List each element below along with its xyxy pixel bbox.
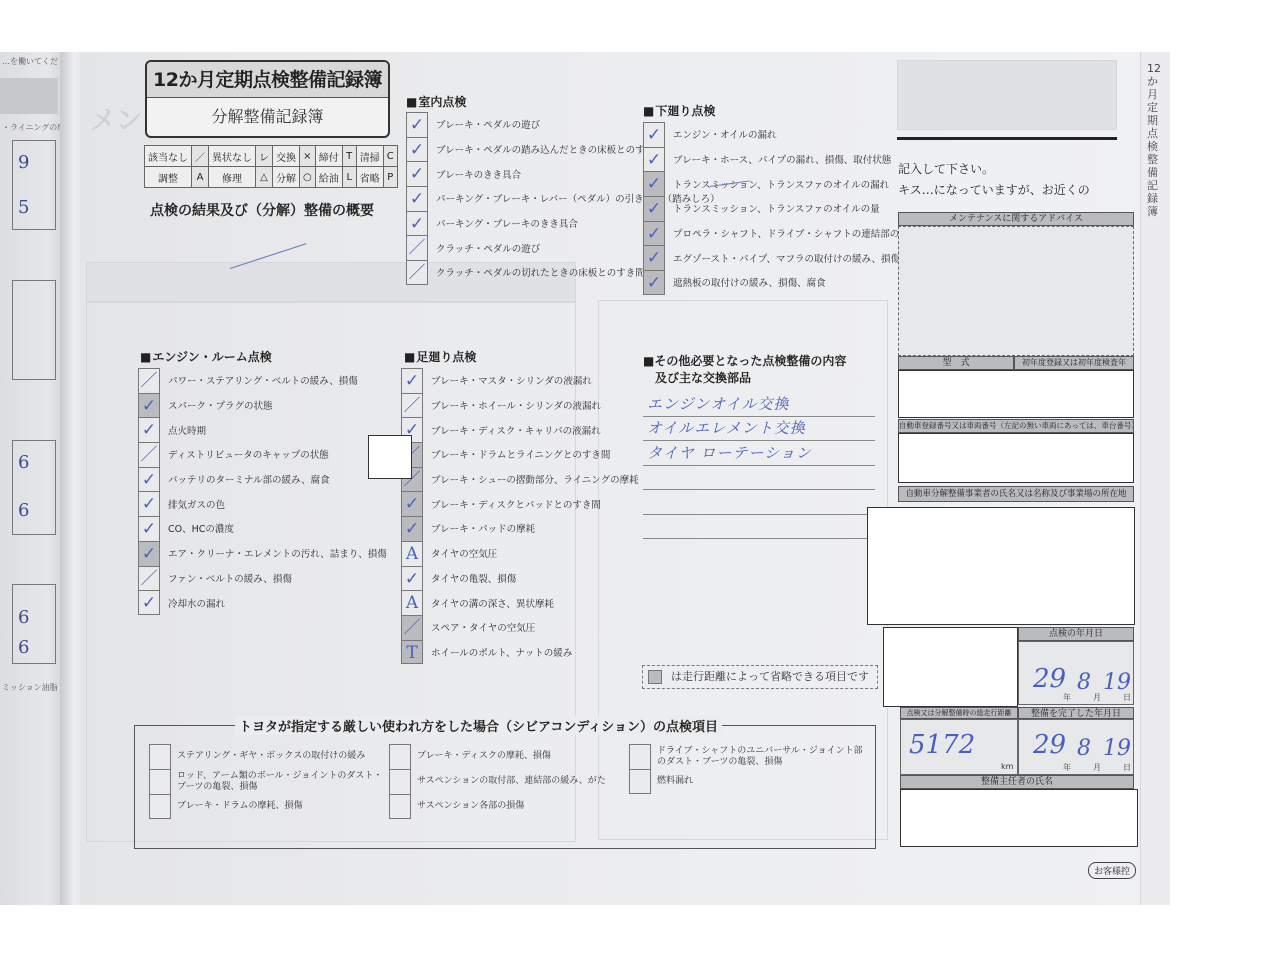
supervisor-header: 整備主任者の氏名 xyxy=(900,775,1134,789)
severe-item-label: サスペンションの取付部、連結部の緩み、がた xyxy=(417,776,606,787)
other-work-line[interactable] xyxy=(643,515,875,540)
odometer-unit: km xyxy=(1001,762,1013,771)
severe-item: ステアリング・ギヤ・ボックスの取付けの緩み xyxy=(149,744,382,769)
document-title: 12か月定期点検整備記録簿 xyxy=(147,62,388,98)
legend-label: 締付 xyxy=(315,146,342,167)
severe-column: ステアリング・ギヤ・ボックスの取付けの緩みロッド、アーム類のボール・ジョイントの… xyxy=(149,744,382,819)
registration-number-header: 自動車登録番号又は車両番号（左記の無い車両にあっては、車台番号） xyxy=(898,419,1134,433)
month-label: 月 xyxy=(1093,762,1101,773)
checklist-item-label: ブレーキ・パッドの摩耗 xyxy=(431,521,535,535)
checklist-item: ✓点火時期 xyxy=(138,417,387,442)
year-label: 年 xyxy=(1063,762,1071,773)
legend-symbol: A xyxy=(192,167,209,188)
checklist-item: ✓トランスミッション、トランスファのオイルの漏れ xyxy=(643,171,929,196)
checklist-item-label: ブレーキ・ペダルの踏み込んだときの床板とのすき間 xyxy=(436,142,664,156)
legend-symbol: △ xyxy=(256,167,273,188)
odometer-field: 5172 km xyxy=(900,719,1018,775)
checklist-engine-room: ／パワー・ステアリング・ベルトの緩み、損傷✓スパーク・プラグの状態✓点火時期／デ… xyxy=(138,368,387,615)
checklist-item: ／スペア・タイヤの空気圧 xyxy=(401,615,639,640)
spine-strip: 12か月定期点検整備記録簿 xyxy=(1140,52,1170,907)
redacted-registration-field xyxy=(898,433,1134,483)
checklist-item: ✓スパーク・プラグの状態 xyxy=(138,393,387,418)
checklist-item: ／ブレーキ・シューの摺動部分、ライニングの摩耗 xyxy=(401,467,639,492)
legend-label: 省略 xyxy=(356,167,383,188)
day-label: 日 xyxy=(1123,762,1131,773)
check-mark-box[interactable]: ✓ xyxy=(643,221,665,246)
legend-symbol: T xyxy=(342,146,356,167)
odometer-header: 点検又は分解整備時の総走行距離 xyxy=(900,707,1018,719)
checklist-item: ／ブレーキ・ホイール・シリンダの液漏れ xyxy=(401,393,639,418)
edge-handwriting: 6 xyxy=(18,452,29,473)
check-mark-box[interactable]: ／ xyxy=(138,368,160,393)
customer-copy-label: お客様控 xyxy=(1088,862,1136,879)
checklist-item-label: ブレーキ・シューの摺動部分、ライニングの摩耗 xyxy=(431,472,639,486)
summary-heading: 点検の結果及び（分解）整備の概要 xyxy=(150,200,374,220)
skip-note: は走行距離によって省略できる項目です xyxy=(642,665,878,689)
instruction-line-2: キス…になっていますが、お近くの xyxy=(898,181,1090,198)
severe-check-box[interactable] xyxy=(389,794,411,819)
title-box: 12か月定期点検整備記録簿 分解整備記録簿 xyxy=(145,60,390,138)
severe-item-label: 燃料漏れ xyxy=(657,776,693,787)
checklist-item-label: タイヤの亀裂、損傷 xyxy=(431,571,516,585)
section-title-chassis: 足廻り点検 xyxy=(404,348,476,365)
checklist-item-label: パワー・ステアリング・ベルトの緩み、損傷 xyxy=(168,373,358,387)
checklist-item: ✓エンジン・オイルの漏れ xyxy=(643,122,929,147)
year-label: 年 xyxy=(1063,692,1071,703)
check-mark-box[interactable]: ✓ xyxy=(406,112,428,137)
severe-check-box[interactable] xyxy=(389,744,411,769)
checklist-item: Aタイヤの溝の深さ、異状摩耗 xyxy=(401,590,639,615)
severe-item: ロッド、アーム類のボール・ジョイントのダスト・ ブーツの亀裂、損傷 xyxy=(149,769,382,794)
other-work-entry: オイルエレメント交換 xyxy=(647,417,806,438)
other-work-line[interactable]: エンジンオイル交換 xyxy=(643,392,875,417)
edge-measure-box xyxy=(12,280,56,380)
other-work-title-line1: その他必要となった点検整備の内容 xyxy=(654,354,846,368)
checklist-item: ✓冷却水の漏れ xyxy=(138,590,387,615)
advice-field xyxy=(898,226,1134,356)
check-mark-box[interactable]: ✓ xyxy=(643,196,665,221)
checklist-chassis: ✓ブレーキ・マスタ・シリンダの液漏れ／ブレーキ・ホイール・シリンダの液漏れ✓ブレ… xyxy=(401,368,639,664)
inspection-year: 29 xyxy=(1033,664,1066,694)
severe-item: ドライブ・シャフトのユニバーサル・ジョイント部 のダスト・ブーツの亀裂、損傷 xyxy=(629,744,863,769)
checklist-item-label: プロペラ・シャフト、ドライブ・シャフトの連結部の緩み xyxy=(673,226,918,240)
redacted-area xyxy=(368,435,412,479)
checklist-item-label: 排気ガスの色 xyxy=(168,497,225,511)
check-mark-box[interactable]: ✓ xyxy=(138,393,160,418)
severe-item: サスペンション各部の損傷 xyxy=(389,794,606,819)
check-mark-box[interactable]: ✓ xyxy=(138,516,160,541)
background-white xyxy=(1170,52,1280,907)
redacted-business-field xyxy=(867,507,1135,625)
checklist-item: ✓エグゾースト・パイプ、マフラの取付けの緩み、損傷、腐食 xyxy=(643,245,929,270)
check-mark-box[interactable]: ／ xyxy=(138,566,160,591)
checklist-item: ✓ブレーキ・マスタ・シリンダの液漏れ xyxy=(401,368,639,393)
severe-check-box[interactable] xyxy=(629,744,651,769)
severe-item-label: ブレーキ・ドラムの摩耗、損傷 xyxy=(177,801,303,812)
checklist-item: ✓排気ガスの色 xyxy=(138,491,387,516)
completion-date-field: 29 年 8 月 19 日 xyxy=(1018,719,1134,775)
severe-check-box[interactable] xyxy=(149,769,171,794)
legend-label: 給油 xyxy=(315,167,342,188)
check-mark-box[interactable]: ✓ xyxy=(406,137,428,162)
checklist-item-label: エア・クリーナ・エレメントの汚れ、詰まり、損傷 xyxy=(168,546,387,560)
other-work-entry: エンジンオイル交換 xyxy=(647,393,790,414)
checklist-item-label: ディストリビュータのキャップの状態 xyxy=(168,447,329,461)
check-mark-box[interactable]: ／ xyxy=(406,235,428,260)
symbol-legend: 該当なし／異状なしレ交換×締付T清掃C調整A修理△分解○給油L省略P xyxy=(144,145,398,188)
other-work-lines: エンジンオイル交換オイルエレメント交換タイヤ ローテーション xyxy=(643,392,875,539)
inspection-date-field: 29 年 8 月 19 日 xyxy=(1018,641,1134,705)
background-white xyxy=(0,905,1280,960)
legend-label: 異状なし xyxy=(209,146,256,167)
severe-item: サスペンションの取付部、連結部の緩み、がた xyxy=(389,769,606,794)
checklist-item-label: パーキング・ブレーキのきき具合 xyxy=(436,216,578,230)
severe-check-box[interactable] xyxy=(629,769,651,794)
check-mark-box[interactable]: ✓ xyxy=(401,491,423,516)
checklist-item: ✓ブレーキ・ディスク・キャリパの液漏れ xyxy=(401,417,639,442)
severe-item-label: ドライブ・シャフトのユニバーサル・ジョイント部 のダスト・ブーツの亀裂、損傷 xyxy=(657,746,863,768)
checklist-item-label: エグゾースト・パイプ、マフラの取付けの緩み、損傷、腐食 xyxy=(673,251,929,265)
check-mark-box[interactable]: ✓ xyxy=(401,566,423,591)
other-work-heading: ■その他必要となった点検整備の内容 及び主な交換部品 xyxy=(643,353,846,387)
checklist-item: ✓トランスミッション、トランスファのオイルの量 xyxy=(643,196,929,221)
checklist-item: ／ファン・ベルトの緩み、損傷 xyxy=(138,566,387,591)
severe-column: ブレーキ・ディスクの摩耗、損傷サスペンションの取付部、連結部の緩み、がたサスペン… xyxy=(389,744,606,819)
edge-header-band xyxy=(0,78,58,114)
checklist-item-label: スパーク・プラグの状態 xyxy=(168,398,273,412)
section-title-engine-room: エンジン・ルーム点検 xyxy=(140,348,272,365)
checklist-item-label: クラッチ・ペダルの遊び xyxy=(436,241,540,255)
legend-symbol: P xyxy=(383,167,397,188)
checklist-item-label: ブレーキ・ホイール・シリンダの液漏れ xyxy=(431,398,601,412)
advice-header: メンテナンスに関するアドバイス xyxy=(898,212,1134,226)
severe-item-label: サスペンション各部の損傷 xyxy=(417,801,524,812)
checklist-item: ／ディストリビュータのキャップの状態 xyxy=(138,442,387,467)
check-mark-box[interactable]: ✓ xyxy=(643,171,665,196)
legend-label: 修理 xyxy=(209,167,256,188)
check-mark-box[interactable]: A xyxy=(401,590,423,615)
severe-item-label: ステアリング・ギヤ・ボックスの取付けの緩み xyxy=(177,751,365,762)
other-work-line[interactable]: タイヤ ローテーション xyxy=(643,441,875,466)
checklist-item-label: ファン・ベルトの緩み、損傷 xyxy=(168,571,292,585)
other-work-title-line2: 及び主な交換部品 xyxy=(643,370,846,387)
severe-item: 燃料漏れ xyxy=(629,769,863,794)
legend-label: 分解 xyxy=(273,167,300,188)
severe-item: ブレーキ・ドラムの摩耗、損傷 xyxy=(149,794,382,819)
skip-note-text: は走行距離によって省略できる項目です xyxy=(671,670,869,683)
severe-item: ブレーキ・ディスクの摩耗、損傷 xyxy=(389,744,606,769)
severe-conditions-title: トヨタが指定する厳しい使われ方をした場合（シビアコンディション）の点検項目 xyxy=(235,716,722,735)
check-mark-box[interactable]: ✓ xyxy=(401,516,423,541)
checklist-item: ✓タイヤの亀裂、損傷 xyxy=(401,566,639,591)
check-mark-box[interactable]: ✓ xyxy=(138,417,160,442)
inspection-date-header: 点検の年月日 xyxy=(1018,627,1134,641)
legend-symbol: レ xyxy=(256,146,273,167)
divider-rule xyxy=(897,137,1117,140)
redacted-supervisor-field xyxy=(900,789,1138,847)
check-mark-box[interactable]: ✓ xyxy=(406,186,428,211)
check-mark-box[interactable]: ✓ xyxy=(138,541,160,566)
edge-text: ミッション油脂 xyxy=(2,682,58,693)
ghost-band xyxy=(897,60,1117,130)
legend-label: 清掃 xyxy=(356,146,383,167)
check-mark-box[interactable]: A xyxy=(401,541,423,566)
checklist-item: Tホイールのボルト、ナットの緩み xyxy=(401,640,639,665)
check-mark-box[interactable]: T xyxy=(401,640,423,665)
checklist-item: ✓ブレーキ・パッドの摩耗 xyxy=(401,516,639,541)
check-mark-box[interactable]: ✓ xyxy=(643,270,665,295)
checklist-item-label: クラッチ・ペダルの切れたときの床板とのすき間 xyxy=(436,265,645,279)
severe-check-box[interactable] xyxy=(389,769,411,794)
severe-item-label: ロッド、アーム類のボール・ジョイントのダスト・ ブーツの亀裂、損傷 xyxy=(177,771,382,793)
checklist-item-label: ブレーキ・ディスクとパッドとのすき間 xyxy=(431,497,601,511)
checklist-item-label: トランスミッション、トランスファのオイルの量 xyxy=(673,201,880,215)
business-header: 自動車分解整備事業者の氏名又は名称及び事業場の所在地 xyxy=(898,486,1134,502)
severe-column: ドライブ・シャフトのユニバーサル・ジョイント部 のダスト・ブーツの亀裂、損傷燃料… xyxy=(629,744,863,794)
severe-check-box[interactable] xyxy=(149,794,171,819)
checklist-item-label: タイヤの空気圧 xyxy=(431,546,497,560)
check-mark-box[interactable]: ／ xyxy=(406,260,428,285)
checklist-item: ✓遮熱板の取付けの緩み、損傷、腐食 xyxy=(643,270,929,295)
checklist-underbody: ✓エンジン・オイルの漏れ✓ブレーキ・ホース、パイプの漏れ、損傷、取付状態✓トラン… xyxy=(643,122,929,295)
check-mark-box[interactable]: ／ xyxy=(138,442,160,467)
checklist-item-label: バッテリのターミナル部の緩み、腐食 xyxy=(168,472,330,486)
edge-handwriting: 6 xyxy=(18,500,29,521)
completion-day: 19 xyxy=(1103,736,1131,761)
legend-symbol: ／ xyxy=(192,146,209,167)
completion-date-header: 整備を完了した年月日 xyxy=(1018,707,1134,719)
checklist-item-label: ブレーキ・マスタ・シリンダの液漏れ xyxy=(431,373,592,387)
check-mark-box[interactable]: ✓ xyxy=(643,147,665,172)
completion-month: 8 xyxy=(1077,736,1091,761)
edge-handwriting: 5 xyxy=(18,197,29,218)
left-page-edge: …を働いてくだ ・ライニングの摩耗 9 5 6 6 6 6 ミッション油脂 xyxy=(0,52,68,907)
check-mark-box[interactable]: ✓ xyxy=(401,368,423,393)
legend-symbol: L xyxy=(342,167,356,188)
checklist-item: ✓CO、HCの濃度 xyxy=(138,516,387,541)
completion-year: 29 xyxy=(1033,730,1066,760)
model-header: 型 式 xyxy=(898,356,1014,370)
checklist-item: ✓ブレーキ・ディスクとパッドとのすき間 xyxy=(401,491,639,516)
spine-title: 12か月定期点検整備記録簿 xyxy=(1147,62,1161,218)
section-title-underbody: 下廻り点検 xyxy=(643,102,715,119)
legend-label: 交換 xyxy=(273,146,300,167)
checklist-item-label: CO、HCの濃度 xyxy=(168,521,234,535)
checklist-item: ／ブレーキ・ドラムとライニングとのすき間 xyxy=(401,442,639,467)
redacted-field xyxy=(883,627,1018,707)
other-work-line[interactable]: オイルエレメント交換 xyxy=(643,417,875,442)
check-mark-box[interactable]: ✓ xyxy=(138,467,160,492)
edge-handwriting: 6 xyxy=(18,607,29,628)
check-mark-box[interactable]: ✓ xyxy=(138,590,160,615)
severe-item-label: ブレーキ・ディスクの摩耗、損傷 xyxy=(417,751,551,762)
checklist-item-label: ブレーキのきき具合 xyxy=(436,167,521,181)
legend-symbol: C xyxy=(383,146,397,167)
severe-conditions-box: トヨタが指定する厳しい使われ方をした場合（シビアコンディション）の点検項目 ステ… xyxy=(134,725,876,849)
checklist-item-label: ホイールのボルト、ナットの緩み xyxy=(431,645,572,659)
other-work-line[interactable] xyxy=(643,490,875,515)
legend-label: 該当なし xyxy=(145,146,192,167)
edge-text: ・ライニングの摩耗 xyxy=(2,122,68,133)
redacted-model-field xyxy=(898,370,1134,418)
checklist-item-label: ブレーキ・ホース、パイプの漏れ、損傷、取付状態 xyxy=(673,152,891,166)
check-mark-box[interactable]: ✓ xyxy=(406,211,428,236)
checklist-item-label: エンジン・オイルの漏れ xyxy=(673,127,777,141)
checklist-item-label: 点火時期 xyxy=(168,423,206,437)
severe-check-box[interactable] xyxy=(149,744,171,769)
checklist-item: ✓バッテリのターミナル部の緩み、腐食 xyxy=(138,467,387,492)
checklist-item-label: ブレーキ・ディスク・キャリパの液漏れ xyxy=(431,423,601,437)
edge-handwriting: 9 xyxy=(18,152,29,173)
first-registration-header: 初年度登録又は初年度検査年 xyxy=(1014,356,1134,370)
day-label: 日 xyxy=(1123,692,1131,703)
checklist-item: ✓ブレーキ・ホース、パイプの漏れ、損傷、取付状態 xyxy=(643,147,929,172)
legend-symbol: × xyxy=(300,146,316,167)
document-subtitle: 分解整備記録簿 xyxy=(147,98,388,136)
check-mark-box[interactable]: ✓ xyxy=(643,245,665,270)
checklist-item-label: ブレーキ・ドラムとライニングとのすき間 xyxy=(431,447,610,461)
odometer-value: 5172 xyxy=(909,730,975,760)
month-label: 月 xyxy=(1093,692,1101,703)
checklist-item-label: ブレーキ・ペダルの遊び xyxy=(436,117,540,131)
instruction-line-1: 記入して下さい。 xyxy=(898,160,994,177)
other-work-entry: タイヤ ローテーション xyxy=(647,442,812,463)
legend-label: 調整 xyxy=(145,167,192,188)
shaded-swatch xyxy=(648,670,662,684)
checklist-item: Aタイヤの空気圧 xyxy=(401,541,639,566)
checklist-item-label: トランスミッション、トランスファのオイルの漏れ xyxy=(673,177,889,191)
checklist-item-label: 冷却水の漏れ xyxy=(168,596,225,610)
check-mark-box[interactable]: ✓ xyxy=(406,161,428,186)
checklist-item-label: 遮熱板の取付けの緩み、損傷、腐食 xyxy=(673,275,826,289)
check-mark-box[interactable]: ✓ xyxy=(138,491,160,516)
edge-text: …を働いてくだ xyxy=(2,56,58,67)
legend-symbol: ○ xyxy=(300,167,316,188)
checklist-item-label: タイヤの溝の深さ、異状摩耗 xyxy=(431,596,554,610)
checklist-item-label: スペア・タイヤの空気圧 xyxy=(431,620,535,634)
section-title-interior: 室内点検 xyxy=(406,93,466,110)
edge-handwriting: 6 xyxy=(18,637,29,658)
checklist-item: ✓エア・クリーナ・エレメントの汚れ、詰まり、損傷 xyxy=(138,541,387,566)
other-work-line[interactable] xyxy=(643,466,875,491)
check-mark-box[interactable]: ✓ xyxy=(643,122,665,147)
inspection-month: 8 xyxy=(1077,670,1091,695)
checklist-item: ／パワー・ステアリング・ベルトの緩み、損傷 xyxy=(138,368,387,393)
checklist-item: ✓プロペラ・シャフト、ドライブ・シャフトの連結部の緩み xyxy=(643,221,929,246)
check-mark-box[interactable]: ／ xyxy=(401,615,423,640)
check-mark-box[interactable]: ／ xyxy=(401,393,423,418)
